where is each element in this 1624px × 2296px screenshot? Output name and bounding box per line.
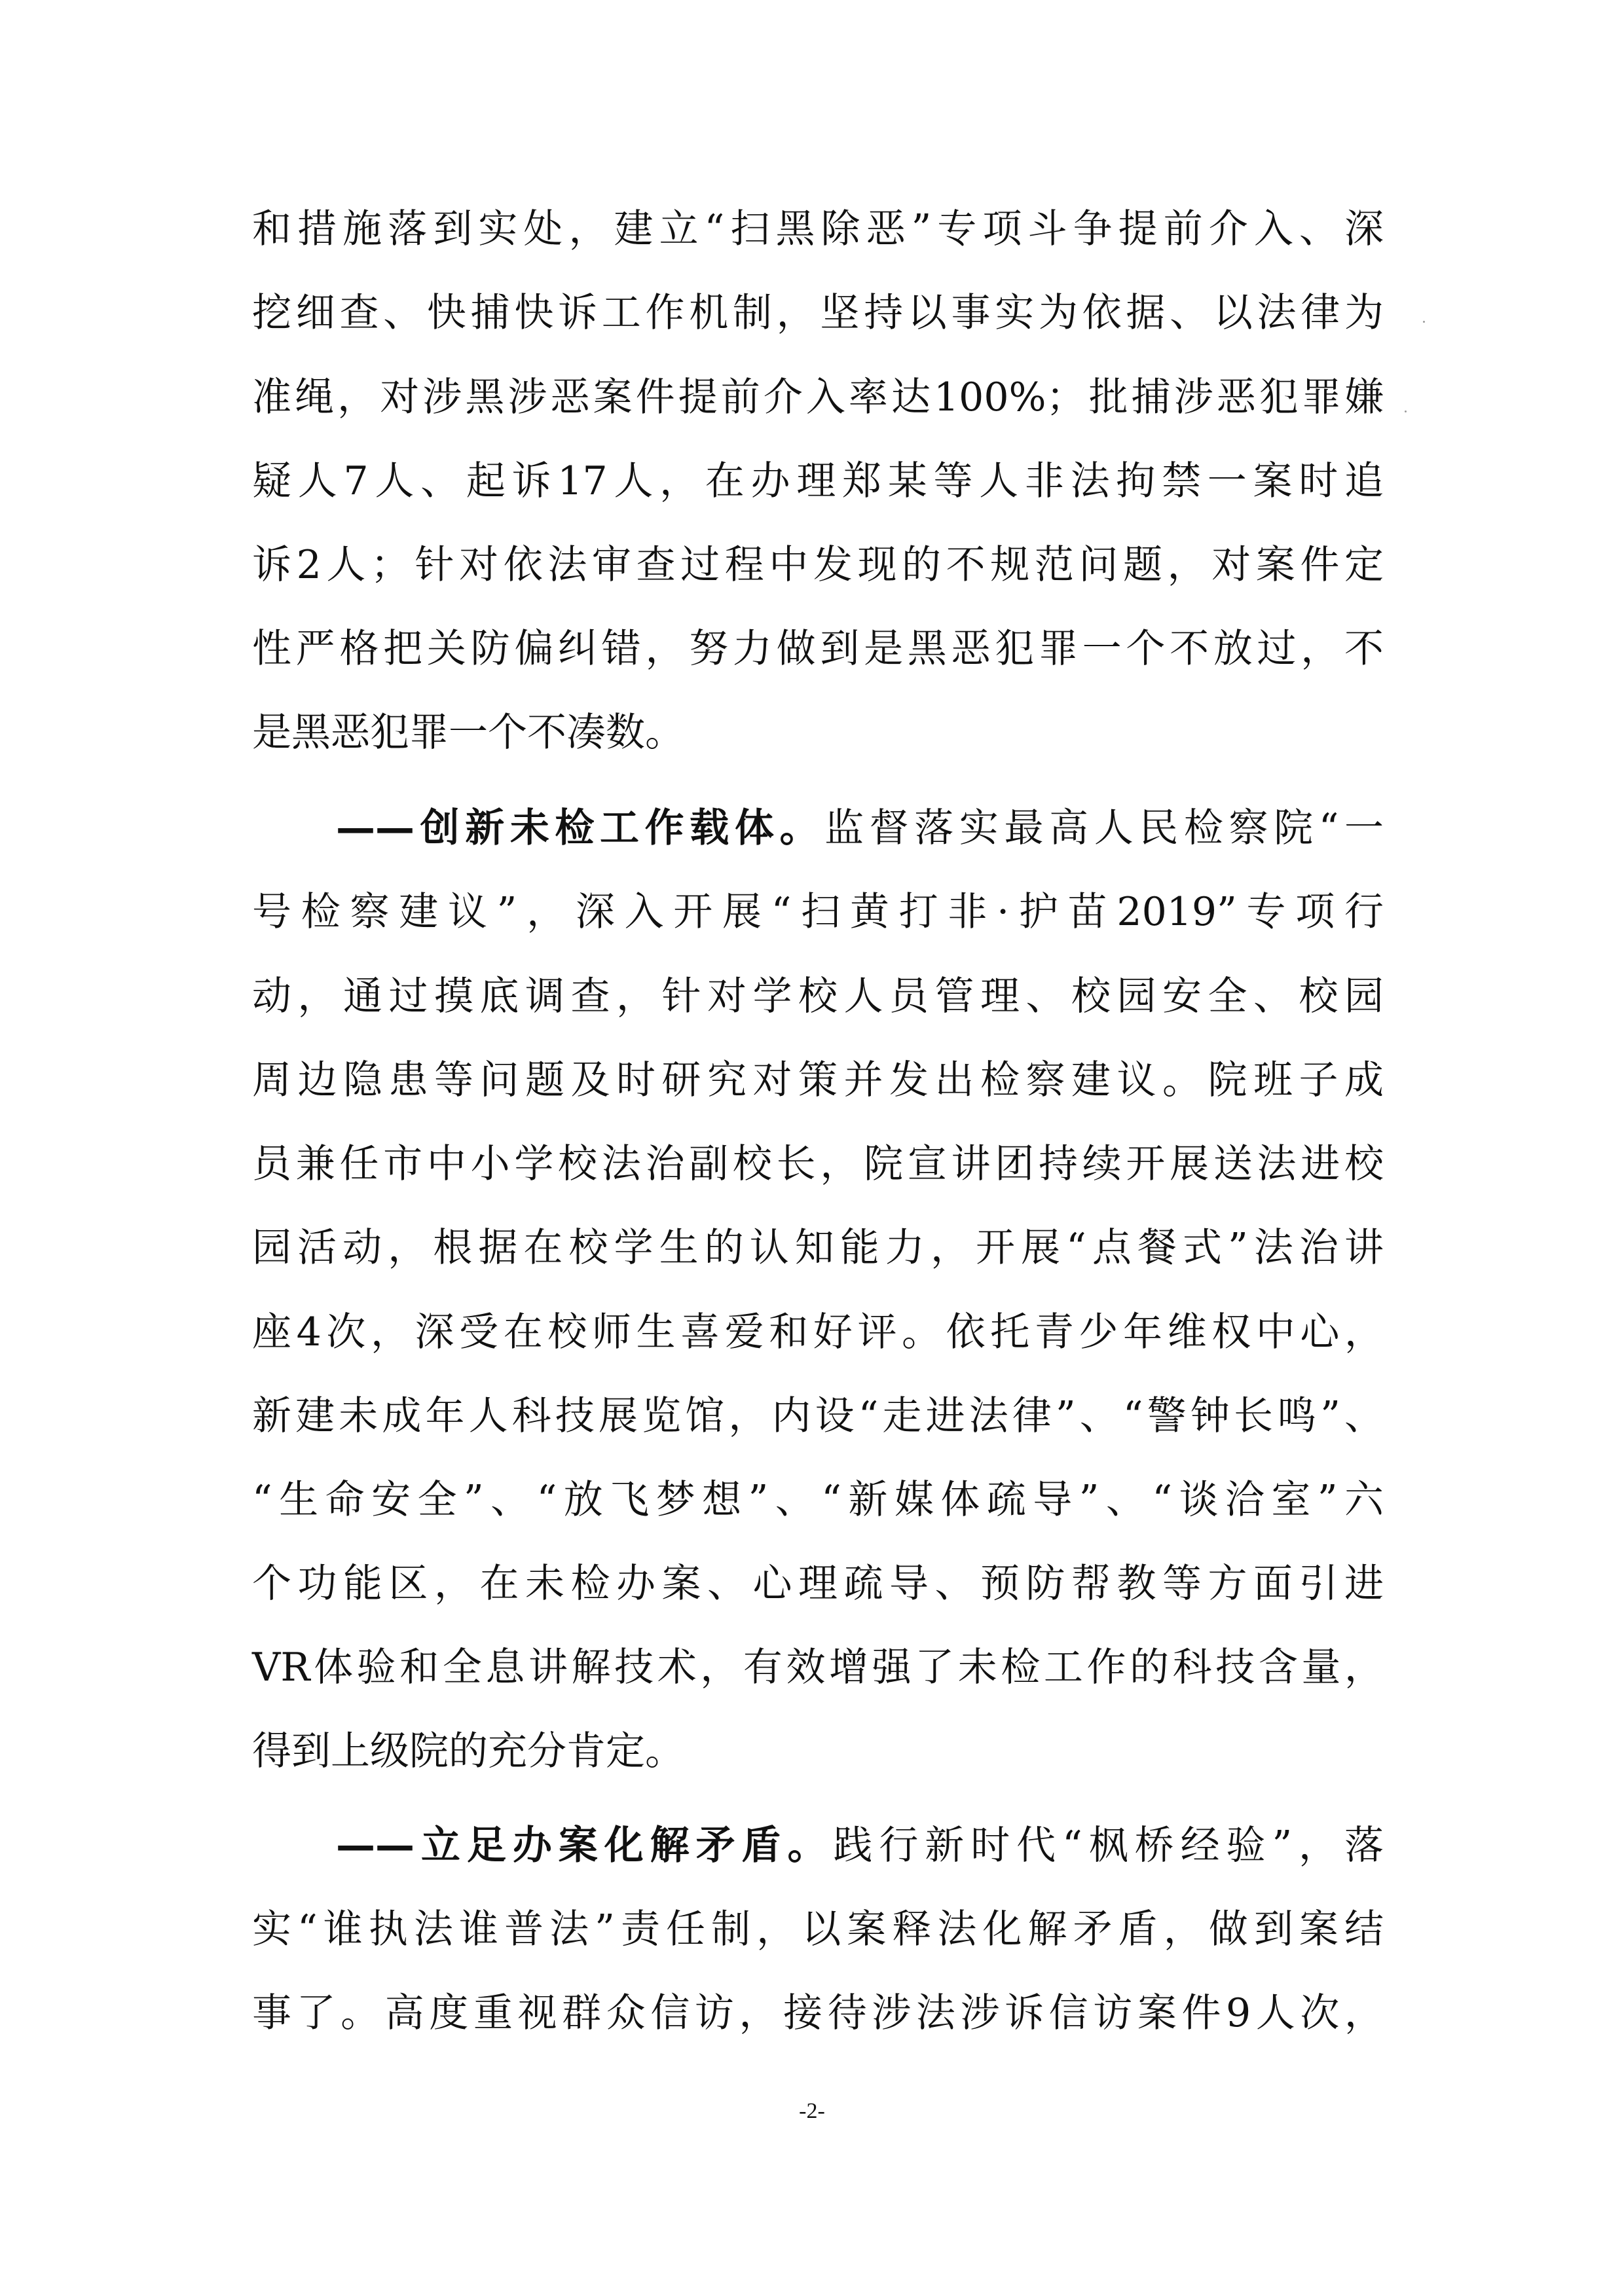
paragraph-2-line-12: 得到上级院的充分肯定。 bbox=[252, 1725, 1384, 1777]
paragraph-2-line-6: 园活动，根据在校学生的认知能力，开展“点餐式”法治讲 bbox=[252, 1222, 1384, 1274]
page-number: -2- bbox=[779, 2098, 845, 2124]
paragraph-2-line-9: “生命安全”、“放飞梦想”、“新媒体疏导”、“谈洽室”六 bbox=[252, 1474, 1384, 1526]
paragraph-1-line-4: 疑人7人、起诉17人，在办理郑某等人非法拘禁一案时追 bbox=[252, 455, 1384, 507]
paragraph-1-line-3: 准绳，对涉黑涉恶案件提前介入率达100%；批捕涉恶犯罪嫌 bbox=[252, 371, 1384, 424]
paragraph-2-line-2: 号检察建议”，深入开展“扫黄打非·护苗2019”专项行 bbox=[252, 886, 1384, 938]
paragraph-2-line-10: 个功能区，在未检办案、心理疏导、预防帮教等方面引进 bbox=[252, 1558, 1384, 1610]
paragraph-2-first-line: ——创新未检工作载体。监督落实最高人民检察院“一 bbox=[336, 802, 1384, 854]
paragraph-2-line-8: 新建未成年人科技展览馆，内设“走进法律”、“警钟长鸣”、 bbox=[252, 1390, 1384, 1442]
paragraph-1-line-6: 性严格把关防偏纠错，努力做到是黑恶犯罪一个不放过，不 bbox=[252, 623, 1384, 675]
paragraph-2-line-11: VR体验和全息讲解技术，有效增强了未检工作的科技含量， bbox=[252, 1641, 1384, 1694]
paragraph-1-line-2: 挖细查、快捕快诉工作机制，坚持以事实为依据、以法律为 bbox=[252, 287, 1384, 339]
paragraph-2-line-5: 员兼任市中小学校法治副校长，院宣讲团持续开展送法进校 bbox=[252, 1138, 1384, 1190]
paragraph-3-first-line: ——立足办案化解矛盾。践行新时代“枫桥经验”，落 bbox=[336, 1819, 1384, 1872]
paragraph-3-line-3: 事了。高度重视群众信访，接待涉法涉诉信访案件9人次， bbox=[252, 1987, 1384, 2039]
paragraph-3-first-line-text: 践行新时代“枫桥经验”，落 bbox=[833, 1823, 1384, 1868]
paragraph-1-line-1: 和措施落到实处，建立“扫黑除恶”专项斗争提前介入、深 bbox=[252, 203, 1384, 255]
paragraph-3-line-2: 实“谁执法谁普法”责任制，以案释法化解矛盾，做到案结 bbox=[252, 1903, 1384, 1956]
paragraph-2-line-4: 周边隐患等问题及时研究对策并发出检察建议。院班子成 bbox=[252, 1054, 1384, 1106]
paragraph-1-line-5: 诉2人；针对依法审查过程中发现的不规范问题，对案件定 bbox=[252, 539, 1384, 591]
paragraph-2-line-3: 动，通过摸底调查，针对学校人员管理、校园安全、校园 bbox=[252, 970, 1384, 1023]
paragraph-2-first-line-text: 监督落实最高人民检察院“一 bbox=[824, 805, 1384, 851]
document-page: 和措施落到实处，建立“扫黑除恶”专项斗争提前介入、深 挖细查、快捕快诉工作机制，… bbox=[0, 0, 1624, 2296]
scan-speck bbox=[1423, 321, 1425, 323]
scan-speck bbox=[1405, 410, 1407, 412]
paragraph-2-line-7: 座4次，深受在校师生喜爱和好评。依托青少年维权中心， bbox=[252, 1306, 1384, 1358]
paragraph-1-line-7: 是黑恶犯罪一个不凑数。 bbox=[252, 706, 1384, 759]
section-heading-juvenile-work: ——创新未检工作载体。 bbox=[336, 805, 824, 851]
section-heading-resolve-conflicts: ——立足办案化解矛盾。 bbox=[336, 1823, 833, 1868]
